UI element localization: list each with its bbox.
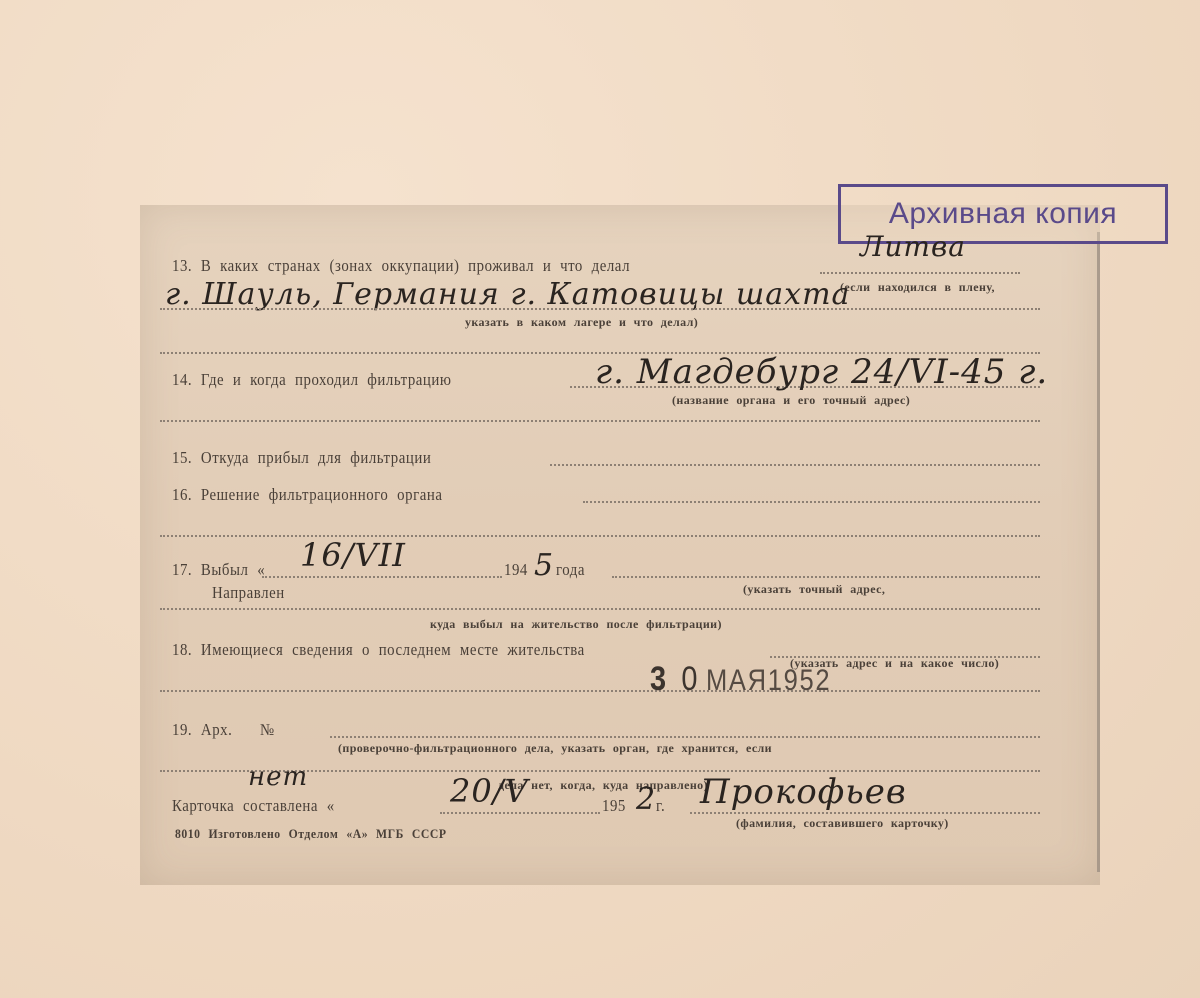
field-19-hint-2: дела нет, когда, куда направлено) — [498, 778, 708, 793]
received-date-stamp: 30МАЯ1952 — [650, 660, 831, 699]
compiled-label: Карточка составлена « — [172, 796, 335, 816]
field-17-label: 17. Выбыл « — [172, 560, 265, 580]
card-footer: 8010 Изготовлено Отделом «А» МГБ СССР — [175, 826, 447, 842]
field-17-hint-2: куда выбыл на жительство после фильтраци… — [430, 617, 722, 632]
field-16-line-1 — [583, 501, 1040, 503]
compiled-signature-line — [690, 812, 1040, 814]
field-17-date-line — [262, 576, 502, 578]
field-19-label: 19. Арх. — [172, 720, 232, 740]
field-19-hint-1: (проверочно-фильтрационного дела, указат… — [338, 741, 772, 756]
card-edge-line — [1097, 232, 1100, 872]
field-17-address-line — [612, 576, 1040, 578]
compiled-handwritten-year: 2 — [636, 782, 656, 817]
compiled-hint: (фамилия, составившего карточку) — [736, 816, 949, 831]
compiled-date-line — [440, 812, 600, 814]
date-stamp-month: МАЯ — [706, 664, 768, 697]
field-17-handwritten-date: 16/VII — [300, 536, 406, 574]
field-13-line-1 — [820, 272, 1020, 274]
field-19-handwritten: нет — [248, 762, 308, 792]
field-17-handwritten-year: 5 — [534, 548, 554, 583]
field-17-year-suffix: года — [556, 560, 585, 580]
field-13-handwritten-2: г. Шауль, Германия г. Катовицы шахта — [165, 277, 850, 312]
compiler-signature: Прокофьев — [700, 772, 907, 812]
date-stamp-day-2: 0 — [681, 660, 699, 698]
field-15-label: 15. Откуда прибыл для фильтрации — [172, 448, 431, 468]
field-16-line-2 — [160, 535, 1040, 537]
date-stamp-year: 1952 — [768, 664, 832, 697]
field-13-hint-2: указать в каком лагере и что делал) — [465, 315, 698, 330]
field-17-year-prefix: 194 — [504, 560, 528, 580]
field-13-hint-1: (если находился в плену, — [840, 280, 995, 295]
field-18-label: 18. Имеющиеся сведения о последнем месте… — [172, 640, 585, 660]
field-17-hint-1: (указать точный адрес, — [743, 582, 885, 597]
field-13-label: 13. В каких странах (зонах оккупации) пр… — [172, 256, 630, 276]
field-13-line-2 — [160, 308, 1040, 310]
archive-copy-stamp-text: Архивная копия — [889, 197, 1117, 231]
field-14-label: 14. Где и когда проходил фильтрацию — [172, 370, 452, 390]
field-18-line-2 — [160, 690, 1040, 692]
compiled-year-prefix: 195 — [602, 796, 626, 816]
field-14-line-2 — [160, 420, 1040, 422]
compiled-handwritten-date: 20/V — [450, 772, 529, 810]
field-14-handwritten: г. Магдебург 24/VI-45 г. — [595, 352, 1048, 392]
date-stamp-day-1: 3 — [650, 660, 668, 698]
field-13-handwritten-1: Литва — [860, 230, 966, 263]
field-17-label-2: Направлен — [212, 583, 285, 603]
field-19-number-sign: № — [260, 720, 275, 740]
field-19-line-1 — [330, 736, 1040, 738]
field-14-hint: (название органа и его точный адрес) — [672, 393, 910, 408]
field-16-label: 16. Решение фильтрационного органа — [172, 485, 442, 505]
field-17-line-2 — [160, 608, 1040, 610]
field-15-line — [550, 464, 1040, 466]
compiled-year-suffix: г. — [656, 796, 665, 816]
